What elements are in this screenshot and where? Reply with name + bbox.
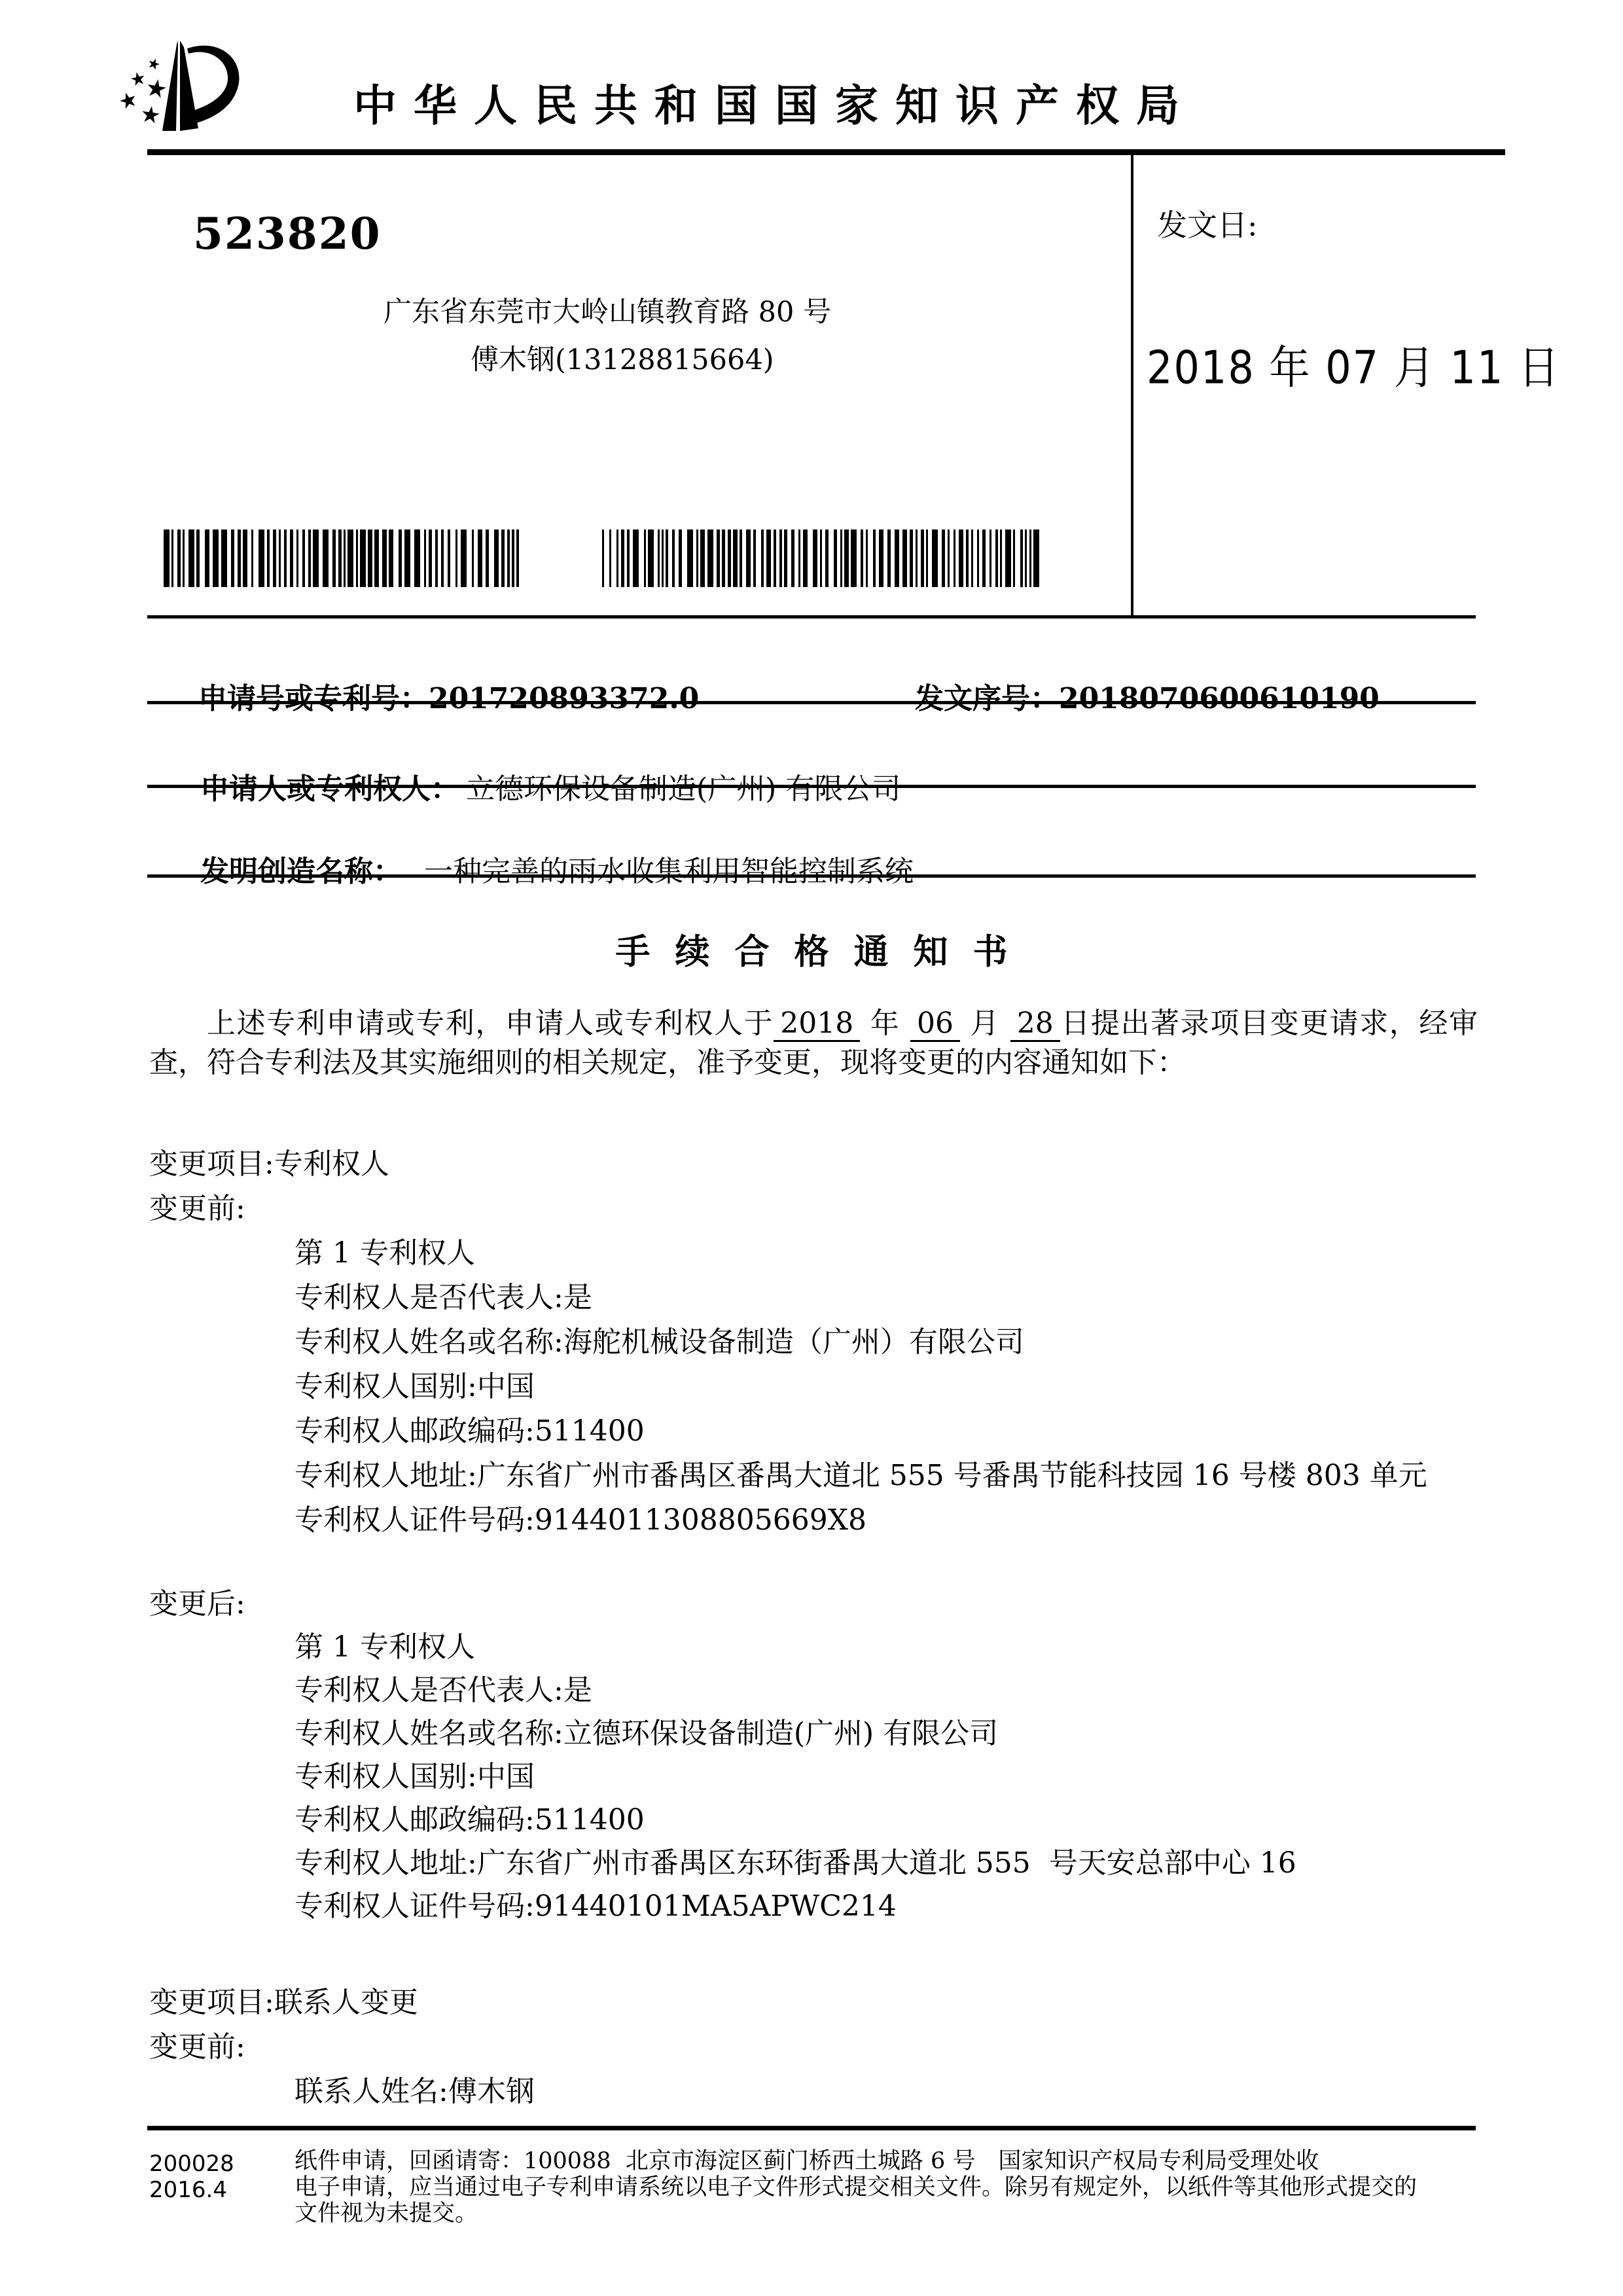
form-version: 2016.4 — [149, 2177, 227, 2203]
change-month: 06 — [910, 1007, 960, 1042]
after-line: 专利权人地址:广东省广州市番禺区东环街番禺大道北 555 号天安总部中心 16 — [149, 1842, 1478, 1885]
before-line: 专利权人姓名或名称:海舵机械设备制造（广州）有限公司 — [149, 1320, 1478, 1365]
footer-rule — [147, 2126, 1476, 2130]
before-line: 第 1 专利权人 — [149, 1231, 1478, 1276]
notice-title: 手续合格通知书 — [147, 924, 1476, 974]
change-section-contact: 变更项目:联系人变更 变更前: 联系人姓名:傅木钢 — [149, 1981, 1478, 2114]
after-line: 专利权人邮政编码:511400 — [149, 1799, 1478, 1842]
invention-value: 一种完善的雨水收集利用智能控制系统 — [424, 855, 914, 888]
after-line: 专利权人姓名或名称:立德环保设备制造(广州) 有限公司 — [149, 1712, 1478, 1755]
notice-intro: 上述专利申请或专利，申请人或专利权人于2018 年 06 月 28日提出著录项目… — [149, 1004, 1478, 1083]
issue-date-value: 2018 年 07 月 11 日 — [1147, 331, 1560, 397]
after-line: 第 1 专利权人 — [149, 1626, 1478, 1669]
mailing-code: 523820 — [193, 208, 382, 259]
star-icon — [119, 57, 168, 124]
issue-date-label: 发文日: — [1157, 202, 1258, 245]
cnipa-logo-icon — [119, 31, 245, 137]
year-unit: 年 — [860, 1007, 910, 1040]
before-line: 联系人姓名:傅木钢 — [149, 2070, 1478, 2114]
change-section-patentee-after: 变更后: 第 1 专利权人 专利权人是否代表人:是 专利权人姓名或名称:立德环保… — [149, 1583, 1478, 1928]
invention-row: 发明创造名称：一种完善的雨水收集利用智能控制系统 — [164, 814, 914, 923]
change-item-label: 变更项目:专利权人 — [149, 1142, 1478, 1187]
recipient-address: 广东省东莞市大岭山镇教育路 80 号 — [383, 290, 831, 330]
barcode-left — [164, 529, 520, 587]
office-title: 中华人民共和国国家知识产权局 — [353, 71, 1196, 133]
after-line: 专利权人证件号码:91440101MA5APWC214 — [149, 1885, 1478, 1928]
before-line: 专利权人地址:广东省广州市番禺区番禺大道北 555 号番禺节能科技园 16 号楼… — [149, 1454, 1478, 1498]
serial-no-label: 发文序号： — [915, 682, 1059, 715]
applicant-value: 立德环保设备制造(广州) 有限公司 — [466, 772, 901, 806]
issue-box-divider — [1131, 149, 1133, 618]
recipient-contact: 傅木钢(13128815664) — [471, 338, 774, 378]
invention-label: 发明创造名称： — [200, 855, 402, 888]
footer-notes: 纸件申请，回函请寄：100088 北京市海淀区蓟门桥西土城路 6 号 国家知识产… — [294, 2148, 1492, 2227]
after-line: 专利权人国别:中国 — [149, 1755, 1478, 1799]
change-before-label: 变更前: — [149, 2025, 1478, 2070]
change-after-label: 变更后: — [149, 1583, 1478, 1626]
divider-2 — [147, 701, 1476, 704]
divider-4 — [147, 874, 1476, 878]
intro-prefix: 上述专利申请或专利，申请人或专利权人于 — [207, 1007, 774, 1040]
change-section-patentee: 变更项目:专利权人 变更前: 第 1 专利权人 专利权人是否代表人:是 专利权人… — [149, 1142, 1478, 1543]
change-item-label: 变更项目:联系人变更 — [149, 1981, 1478, 2025]
before-line: 专利权人邮政编码:511400 — [149, 1409, 1478, 1454]
month-unit: 月 — [960, 1007, 1010, 1040]
before-line: 专利权人证件号码:9144011308805669X8 — [149, 1498, 1478, 1543]
footer-note-line: 文件视为未提交。 — [294, 2200, 1492, 2227]
before-line: 专利权人是否代表人:是 — [149, 1276, 1478, 1320]
footer-note-line: 纸件申请，回函请寄：100088 北京市海淀区蓟门桥西土城路 6 号 国家知识产… — [294, 2148, 1492, 2174]
change-before-label: 变更前: — [149, 1187, 1478, 1231]
application-no-value: 201720893372.0 — [429, 682, 699, 715]
after-line: 专利权人是否代表人:是 — [149, 1669, 1478, 1712]
form-code: 200028 — [149, 2151, 234, 2177]
header-rule — [147, 149, 1505, 155]
divider-1 — [147, 615, 1476, 619]
patent-notice-page: 中华人民共和国国家知识产权局 发文日: 2018 年 07 月 11 日 523… — [0, 0, 1623, 2296]
change-day: 28 — [1010, 1007, 1060, 1042]
divider-3 — [147, 785, 1476, 788]
before-line: 专利权人国别:中国 — [149, 1365, 1478, 1409]
serial-no-value: 2018070600610190 — [1059, 682, 1380, 715]
applicant-label: 申请人或专利权人： — [200, 772, 459, 806]
footer-note-line: 电子申请，应当通过电子专利申请系统以电子文件形式提交相关文件。除另有规定外，以纸… — [294, 2174, 1492, 2200]
application-no-label: 申请号或专利号： — [198, 682, 429, 715]
change-year: 2018 — [774, 1007, 860, 1042]
barcode-right — [602, 529, 1042, 587]
serial-no-row: 发文序号：2018070600610190 — [878, 641, 1380, 750]
